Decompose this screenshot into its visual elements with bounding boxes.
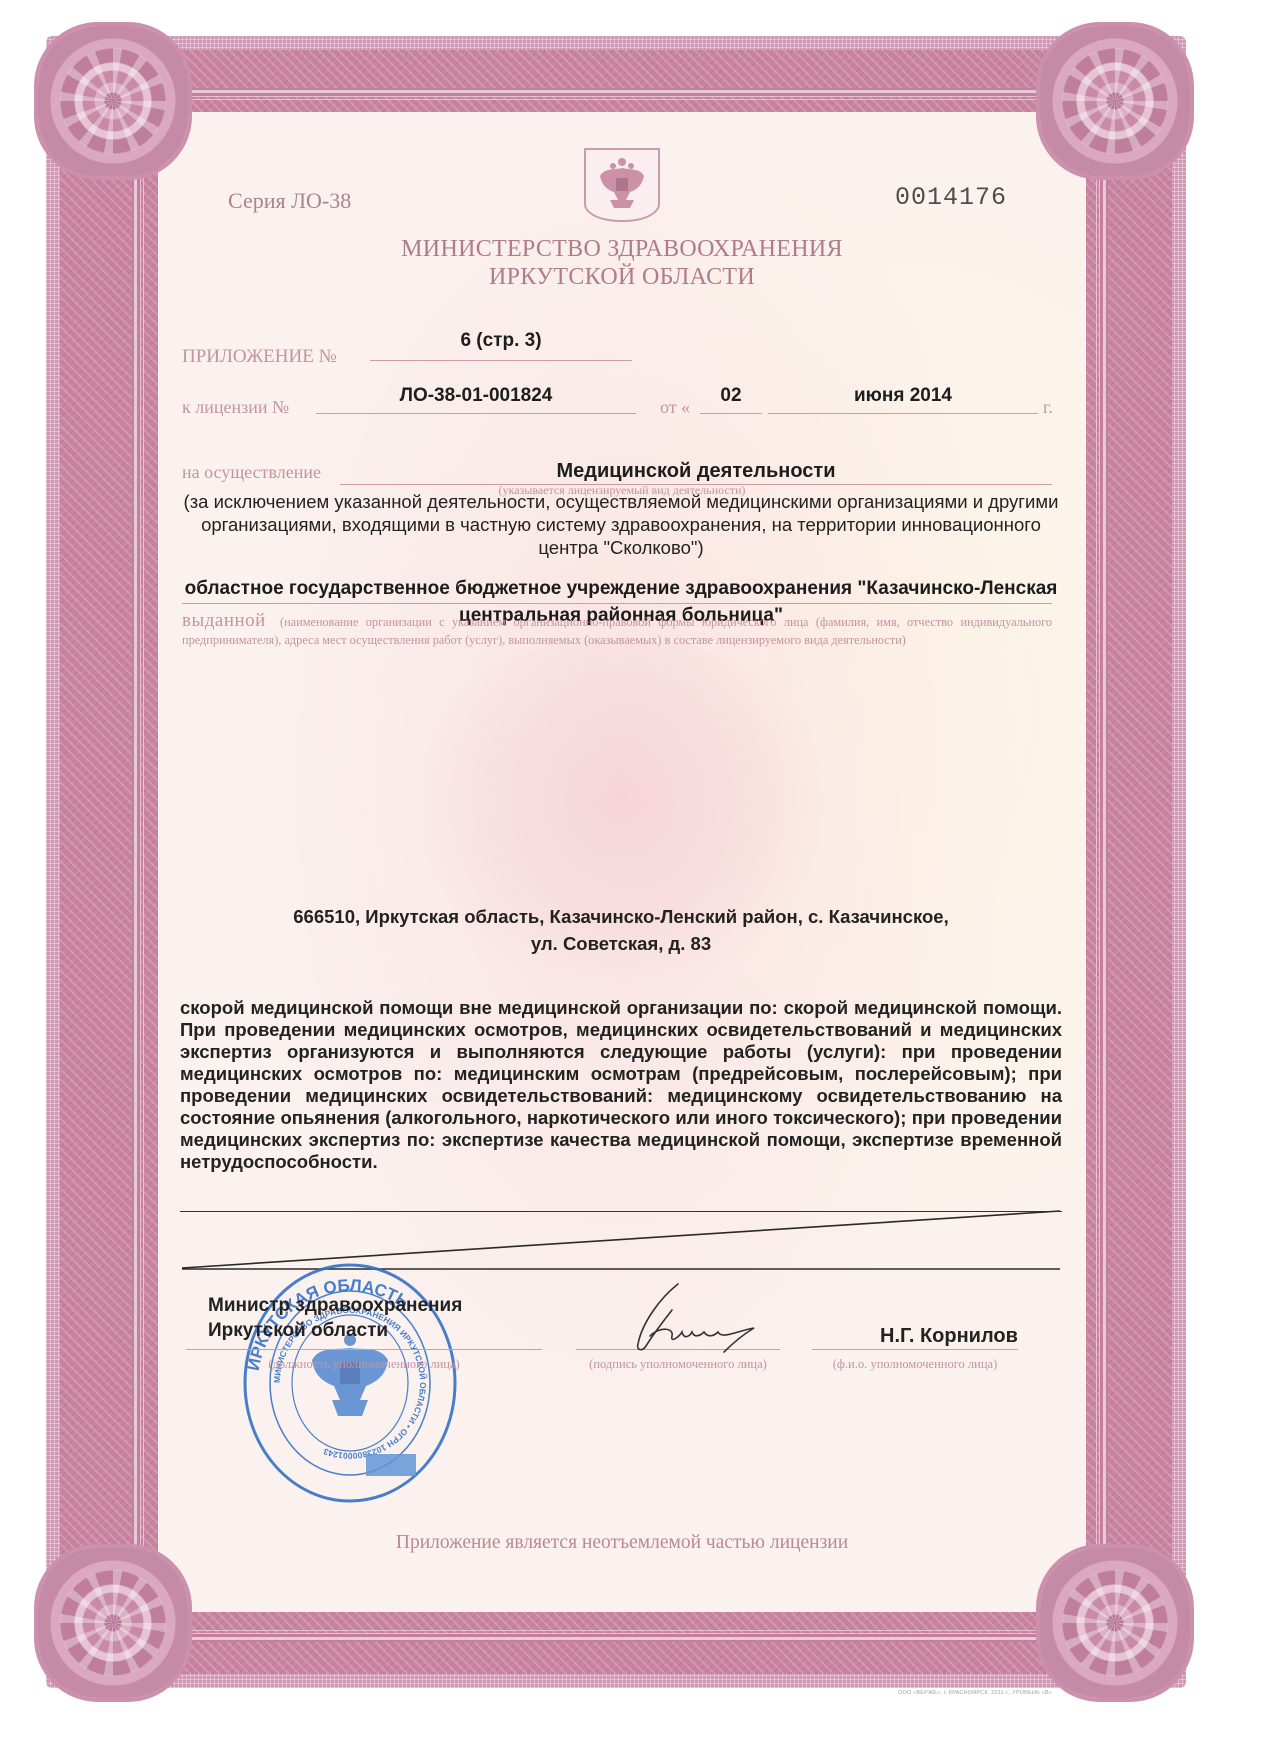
license-label: к лицензии № bbox=[182, 397, 289, 418]
address-line1: 666510, Иркутская область, Казачинско-Ле… bbox=[176, 903, 1066, 930]
date-from-label: от « bbox=[660, 397, 690, 418]
position-underline bbox=[186, 1349, 542, 1350]
serial-number: 0014176 bbox=[895, 183, 1007, 212]
appendix-number: 6 (стр. 3) bbox=[370, 330, 632, 361]
services-text: скорой медицинской помощи вне медицинско… bbox=[180, 997, 1062, 1173]
signatory-position: Министр здравоохранения Иркутской област… bbox=[208, 1293, 462, 1343]
rosette-ornament-icon bbox=[1040, 26, 1190, 176]
footer-note: Приложение является неотъемлемой частью … bbox=[158, 1532, 1086, 1554]
signature-caption: (подпись уполномоченного лица) bbox=[576, 1357, 780, 1372]
position-caption: (должность уполномоченного лица) bbox=[186, 1357, 542, 1372]
issued-label: выданной bbox=[182, 610, 266, 632]
rosette-ornament-icon bbox=[38, 26, 188, 176]
printer-imprint: ООО «ВЕРЖЕ», г. КРАСНОЯРСК, 2011 г., УРО… bbox=[898, 1690, 1052, 1696]
signatory-name: Н.Г. Корнилов bbox=[880, 1325, 1018, 1348]
issued-hint: (наименование организации с указанием ор… bbox=[182, 614, 1052, 649]
rosette-ornament-icon bbox=[38, 1548, 188, 1698]
year-suffix: г. bbox=[1043, 397, 1053, 418]
coat-of-arms-icon bbox=[584, 148, 660, 222]
address: 666510, Иркутская область, Казачинско-Ле… bbox=[176, 903, 1066, 957]
activity-label: на осуществление bbox=[182, 462, 321, 483]
activity-value: Медицинской деятельности bbox=[340, 460, 1052, 485]
issuer-title-line2: ИРКУТСКОЙ ОБЛАСТИ bbox=[158, 264, 1086, 291]
address-line2: ул. Советская, д. 83 bbox=[176, 930, 1066, 957]
license-number: ЛО-38-01-001824 bbox=[316, 385, 636, 414]
name-caption: (ф.и.о. уполномоченного лица) bbox=[812, 1357, 1018, 1372]
series-label: Серия ЛО-38 bbox=[228, 188, 351, 214]
rosette-ornament-icon bbox=[1040, 1548, 1190, 1698]
name-underline bbox=[812, 1349, 1018, 1350]
license-month-year: июня 2014 bbox=[768, 385, 1038, 414]
organization-underline bbox=[182, 603, 1052, 604]
handwritten-signature-icon bbox=[620, 1278, 800, 1358]
issuer-title-line1: МИНИСТЕРСТВО ЗДРАВООХРАНЕНИЯ bbox=[158, 236, 1086, 263]
activity-exclusion: (за исключением указанной деятельности, … bbox=[176, 490, 1066, 559]
appendix-label: ПРИЛОЖЕНИЕ № bbox=[182, 346, 337, 368]
license-day: 02 bbox=[700, 385, 762, 414]
